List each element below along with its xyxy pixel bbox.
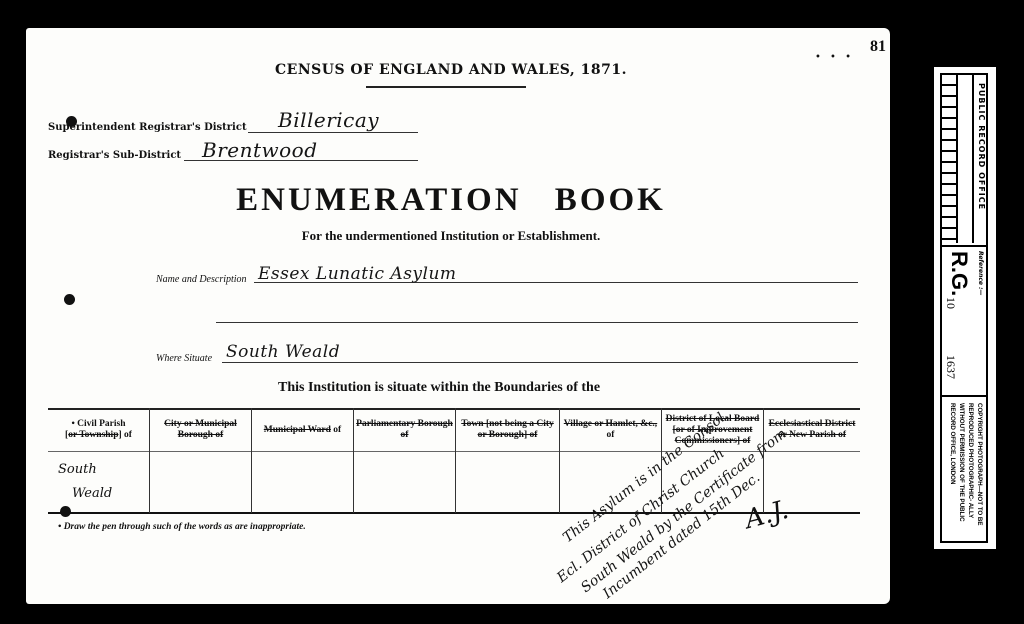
column-header: • Civil Parish[or Township] of: [50, 412, 147, 448]
civil-parish-value: South Weald: [58, 458, 112, 506]
copyright-notice: COPYRIGHT PHOTOGRAPH—NOT TO BE REPRODUCE…: [948, 403, 984, 539]
piece-number: 10: [943, 297, 958, 309]
column-header: City or Municipal Borough of: [152, 412, 249, 448]
folio-number: 1637: [943, 355, 958, 379]
enumeration-heading: ENUMERATION BOOK: [26, 182, 876, 219]
column-local-board: District of Local Board [or of Improveme…: [662, 408, 764, 513]
superintendent-value: Billericay: [278, 108, 379, 132]
copyright-box: COPYRIGHT PHOTOGRAPH—NOT TO BE REPRODUCE…: [942, 397, 986, 541]
column-header: Parliamentary Borough of: [356, 412, 453, 448]
column-town: Town [not being a City or Borough] of: [456, 408, 560, 513]
punch-hole: [66, 116, 77, 127]
column-parliamentary-borough: Parliamentary Borough of: [354, 408, 456, 513]
column-header: Ecclesiastical District or New Parish of: [766, 412, 858, 448]
series-code: R.G.: [946, 251, 972, 296]
situate-line: [222, 362, 858, 363]
enumeration-subheading: For the undermentioned Institution or Es…: [26, 228, 876, 244]
title-underline: [366, 86, 526, 88]
strip-frame: PUBLIC RECORD OFFICE Reference :— R.G. 1…: [940, 73, 988, 543]
column-header: Municipal Ward of: [254, 412, 351, 448]
subdistrict-value: Brentwood: [202, 138, 318, 162]
where-situate-value: South Weald: [226, 342, 340, 362]
column-city-borough: City or Municipal Borough of: [150, 408, 252, 513]
superintendent-line: [248, 132, 418, 133]
reference-box: Reference :— R.G. 10 1637: [942, 245, 986, 397]
column-village-hamlet: Village or Hamlet, &c., of: [560, 408, 662, 513]
subdistrict-label: Registrar's Sub-District: [48, 150, 181, 161]
boundaries-table: • Civil Parish[or Township] of South Wea…: [48, 408, 860, 513]
column-header: Town [not being a City or Borough] of: [458, 412, 557, 448]
superintendent-label: Superintendent Registrar's District: [48, 122, 247, 133]
scale-divider: [956, 75, 958, 243]
name-line-2: [216, 322, 858, 323]
name-description-label: Name and Description: [156, 274, 247, 285]
where-situate-label: Where Situate: [156, 353, 212, 364]
archive-reference-strip: PUBLIC RECORD OFFICE Reference :— R.G. 1…: [934, 67, 996, 549]
column-header: Village or Hamlet, &c., of: [562, 412, 659, 448]
punch-hole: [60, 506, 71, 517]
name-description-value: Essex Lunatic Asylum: [258, 264, 457, 284]
boundaries-text: This Institution is situate within the B…: [278, 380, 600, 396]
census-title: CENSUS OF ENGLAND AND WALES, 1871.: [26, 62, 876, 78]
scale-ticks: [942, 75, 956, 243]
page-number: 81: [870, 38, 886, 56]
scale-divider: [972, 75, 974, 243]
office-label: PUBLIC RECORD OFFICE: [977, 83, 986, 210]
column-municipal-ward: Municipal Ward of: [252, 408, 354, 513]
column-civil-parish: • Civil Parish[or Township] of South Wea…: [48, 408, 150, 513]
punch-hole: [64, 294, 75, 305]
footnote: • Draw the pen through such of the words…: [58, 522, 306, 532]
column-header: District of Local Board [or of Improveme…: [664, 412, 761, 448]
measurement-scale: PUBLIC RECORD OFFICE: [942, 75, 986, 247]
reference-label: Reference :—: [977, 251, 984, 295]
